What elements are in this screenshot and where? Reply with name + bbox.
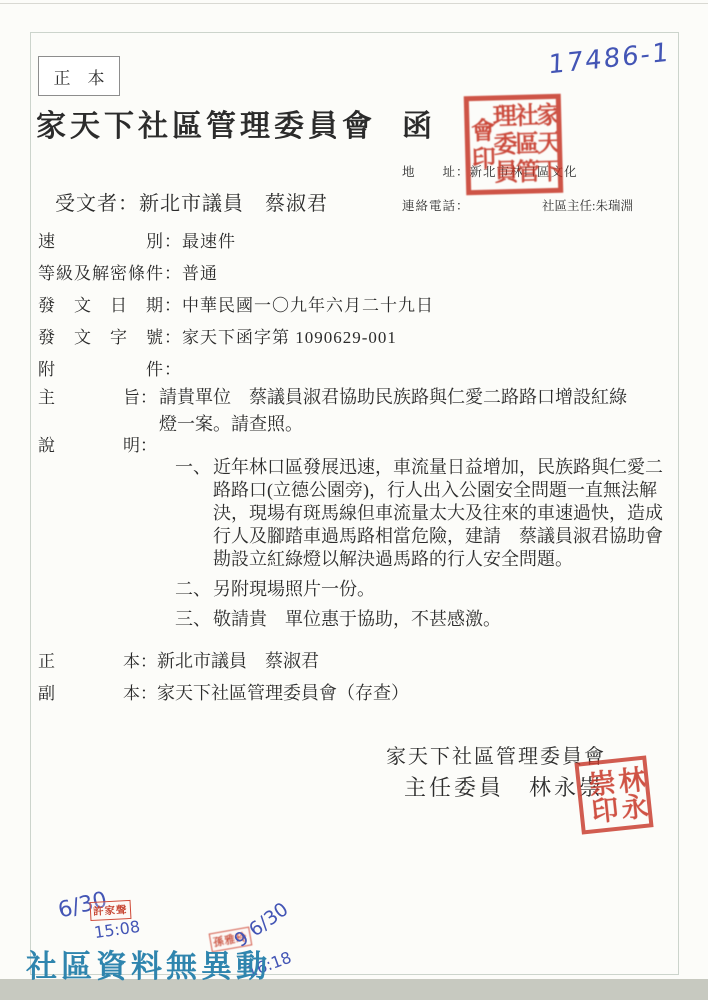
explanation-item: 二、 另附現場照片一份。 <box>175 578 675 601</box>
doc-number-line: 發 文 字 號：家天下函字第 1090629-001 <box>38 323 397 348</box>
speed-class-line: 速 別：最速件 <box>38 227 236 252</box>
explanation-items: 一、 近年林口區發展迅速，車流量日益增加，民族路與仁愛二路路口(立德公園旁)，行… <box>175 456 675 638</box>
signature-org-name: 家天下社區管理委員會 <box>386 740 606 769</box>
subject-text: 請貴單位 蔡議員淑君協助民族路與仁愛二路路口增設紅綠燈一案。請查照。 <box>159 384 633 438</box>
explanation-item: 一、 近年林口區發展迅速，車流量日益增加，民族路與仁愛二路路口(立德公園旁)，行… <box>175 456 675 571</box>
attachment-line: 附 件： <box>38 355 182 380</box>
explanation-label: 說 明： <box>38 431 157 456</box>
issue-date-line: 發 文 日 期：中華民國一〇九年六月二十九日 <box>38 291 434 316</box>
original-copy-label: 正 本： <box>38 652 157 671</box>
item-number: 一、 <box>175 456 213 571</box>
phone-line: 連絡電話： <box>402 196 470 214</box>
document-title-row: 家天下社區管理委員會函 <box>36 101 436 145</box>
duplicate-copy-line: 副 本：家天下社區管理委員會（存查） <box>38 679 409 705</box>
doc-number-label: 發 文 字 號： <box>38 328 182 347</box>
item-number: 三、 <box>175 608 213 631</box>
community-data-unchanged-stamp: 社區資料無異動 <box>26 941 271 986</box>
org-title: 家天下社區管理委員會 <box>36 110 376 143</box>
copy-type-label: 正 本 <box>54 64 105 89</box>
original-copy-line: 正 本：新北市議員 蔡淑君 <box>38 647 319 673</box>
community-director-line: 社區主任:朱瑞淵 <box>542 196 633 214</box>
security-class-value: 普通 <box>182 264 218 283</box>
doc-number-value: 家天下函字第 1090629-001 <box>182 328 397 347</box>
explanation-item: 三、 敬請貴 單位惠于協助，不甚感激。 <box>175 608 675 631</box>
copy-type-box: 正 本 <box>38 56 120 96</box>
signature-chairman-line: 主任委員 林永崇 <box>404 771 604 802</box>
security-class-line: 等級及解密條件：普通 <box>38 259 218 284</box>
scan-edge-line <box>0 3 708 4</box>
duplicate-copy-label: 副 本： <box>38 684 157 703</box>
subject-section: 主 旨： 請貴單位 蔡議員淑君協助民族路與仁愛二路路口增設紅綠燈一案。請查照。 <box>38 384 633 438</box>
speed-class-label: 速 別： <box>38 232 182 251</box>
scanned-letter-page: 正 本 17486-1 家天下社區管理委員會函 地 址：新北市林口區文化 家天下… <box>0 0 708 1000</box>
item-text: 敬請貴 單位惠于協助，不甚感激。 <box>213 608 670 631</box>
issue-date-label: 發 文 日 期： <box>38 296 182 315</box>
issue-date-value: 中華民國一〇九年六月二十九日 <box>182 296 434 315</box>
security-class-label: 等級及解密條件： <box>38 264 182 283</box>
chairman-name-seal-stamp: 林永崇印 <box>574 755 653 834</box>
item-text: 另附現場照片一份。 <box>213 578 670 601</box>
attachment-label: 附 件： <box>38 360 182 379</box>
doc-type-label: 函 <box>402 110 436 143</box>
recipient-line: 受文者：新北市議員 蔡淑君 <box>55 187 328 216</box>
subject-label: 主 旨： <box>38 384 157 438</box>
original-copy-value: 新北市議員 蔡淑君 <box>157 651 319 671</box>
duplicate-copy-value: 家天下社區管理委員會（存查） <box>157 683 409 703</box>
speed-class-value: 最速件 <box>182 232 236 251</box>
organization-seal-stamp: 家天下社區管理委員會印 <box>464 94 564 196</box>
item-number: 二、 <box>175 578 213 601</box>
item-text: 近年林口區發展迅速，車流量日益增加，民族路與仁愛二路路口(立德公園旁)，行人出入… <box>213 456 670 571</box>
